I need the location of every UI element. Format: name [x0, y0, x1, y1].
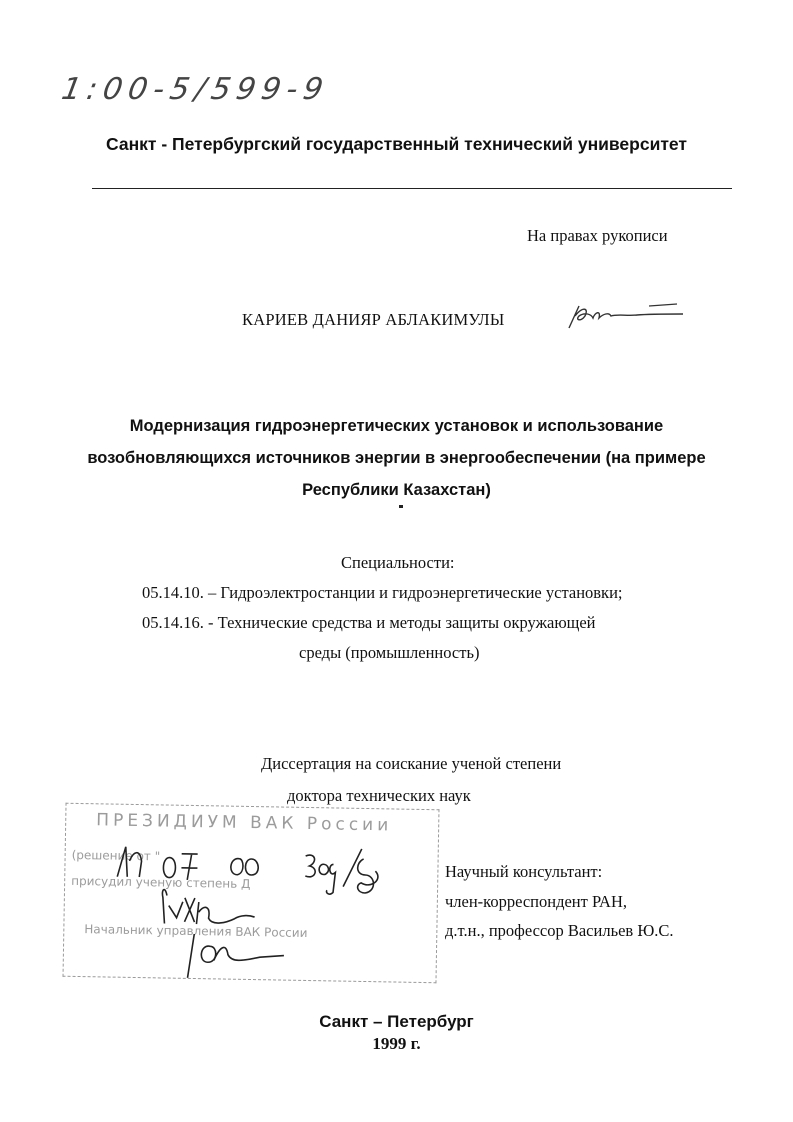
- specialty-item: 05.14.16. - Технические средства и метод…: [142, 608, 596, 638]
- vak-approval-stamp: ПРЕЗИДИУМ ВАК России (решение от " прису…: [63, 803, 440, 984]
- specialty-item: 05.14.10. – Гидроэлектростанции и гидроэ…: [142, 578, 623, 608]
- specialties-heading: Специальности:: [341, 548, 455, 578]
- university-name: Санкт - Петербургский государственный те…: [0, 134, 793, 155]
- consultant-name: д.т.н., профессор Васильев Ю.С.: [445, 916, 674, 946]
- scan-artifact-dot: [399, 505, 403, 508]
- author-name: КАРИЕВ ДАНИЯР АБЛАКИМУЛЫ: [242, 310, 504, 330]
- specialty-item-continuation: среды (промышленность): [299, 638, 479, 668]
- author-signature: [565, 298, 685, 332]
- archive-number: 1:00-5/599-9: [59, 72, 332, 107]
- consultant-block: Научный консультант: член-корреспондент …: [445, 857, 674, 946]
- consultant-title: член-корреспондент РАН,: [445, 887, 674, 917]
- thesis-title: Модернизация гидроэнергетических установ…: [80, 410, 713, 506]
- manuscript-note: На правах рукописи: [527, 226, 668, 246]
- header-divider: [92, 188, 732, 189]
- consultant-label: Научный консультант:: [445, 857, 674, 887]
- footer-city: Санкт – Петербург: [0, 1012, 793, 1032]
- footer-year: 1999 г.: [0, 1034, 793, 1054]
- dissertation-line-1: Диссертация на соискание ученой степени: [261, 748, 561, 780]
- stamp-handwriting-icon: [64, 804, 439, 982]
